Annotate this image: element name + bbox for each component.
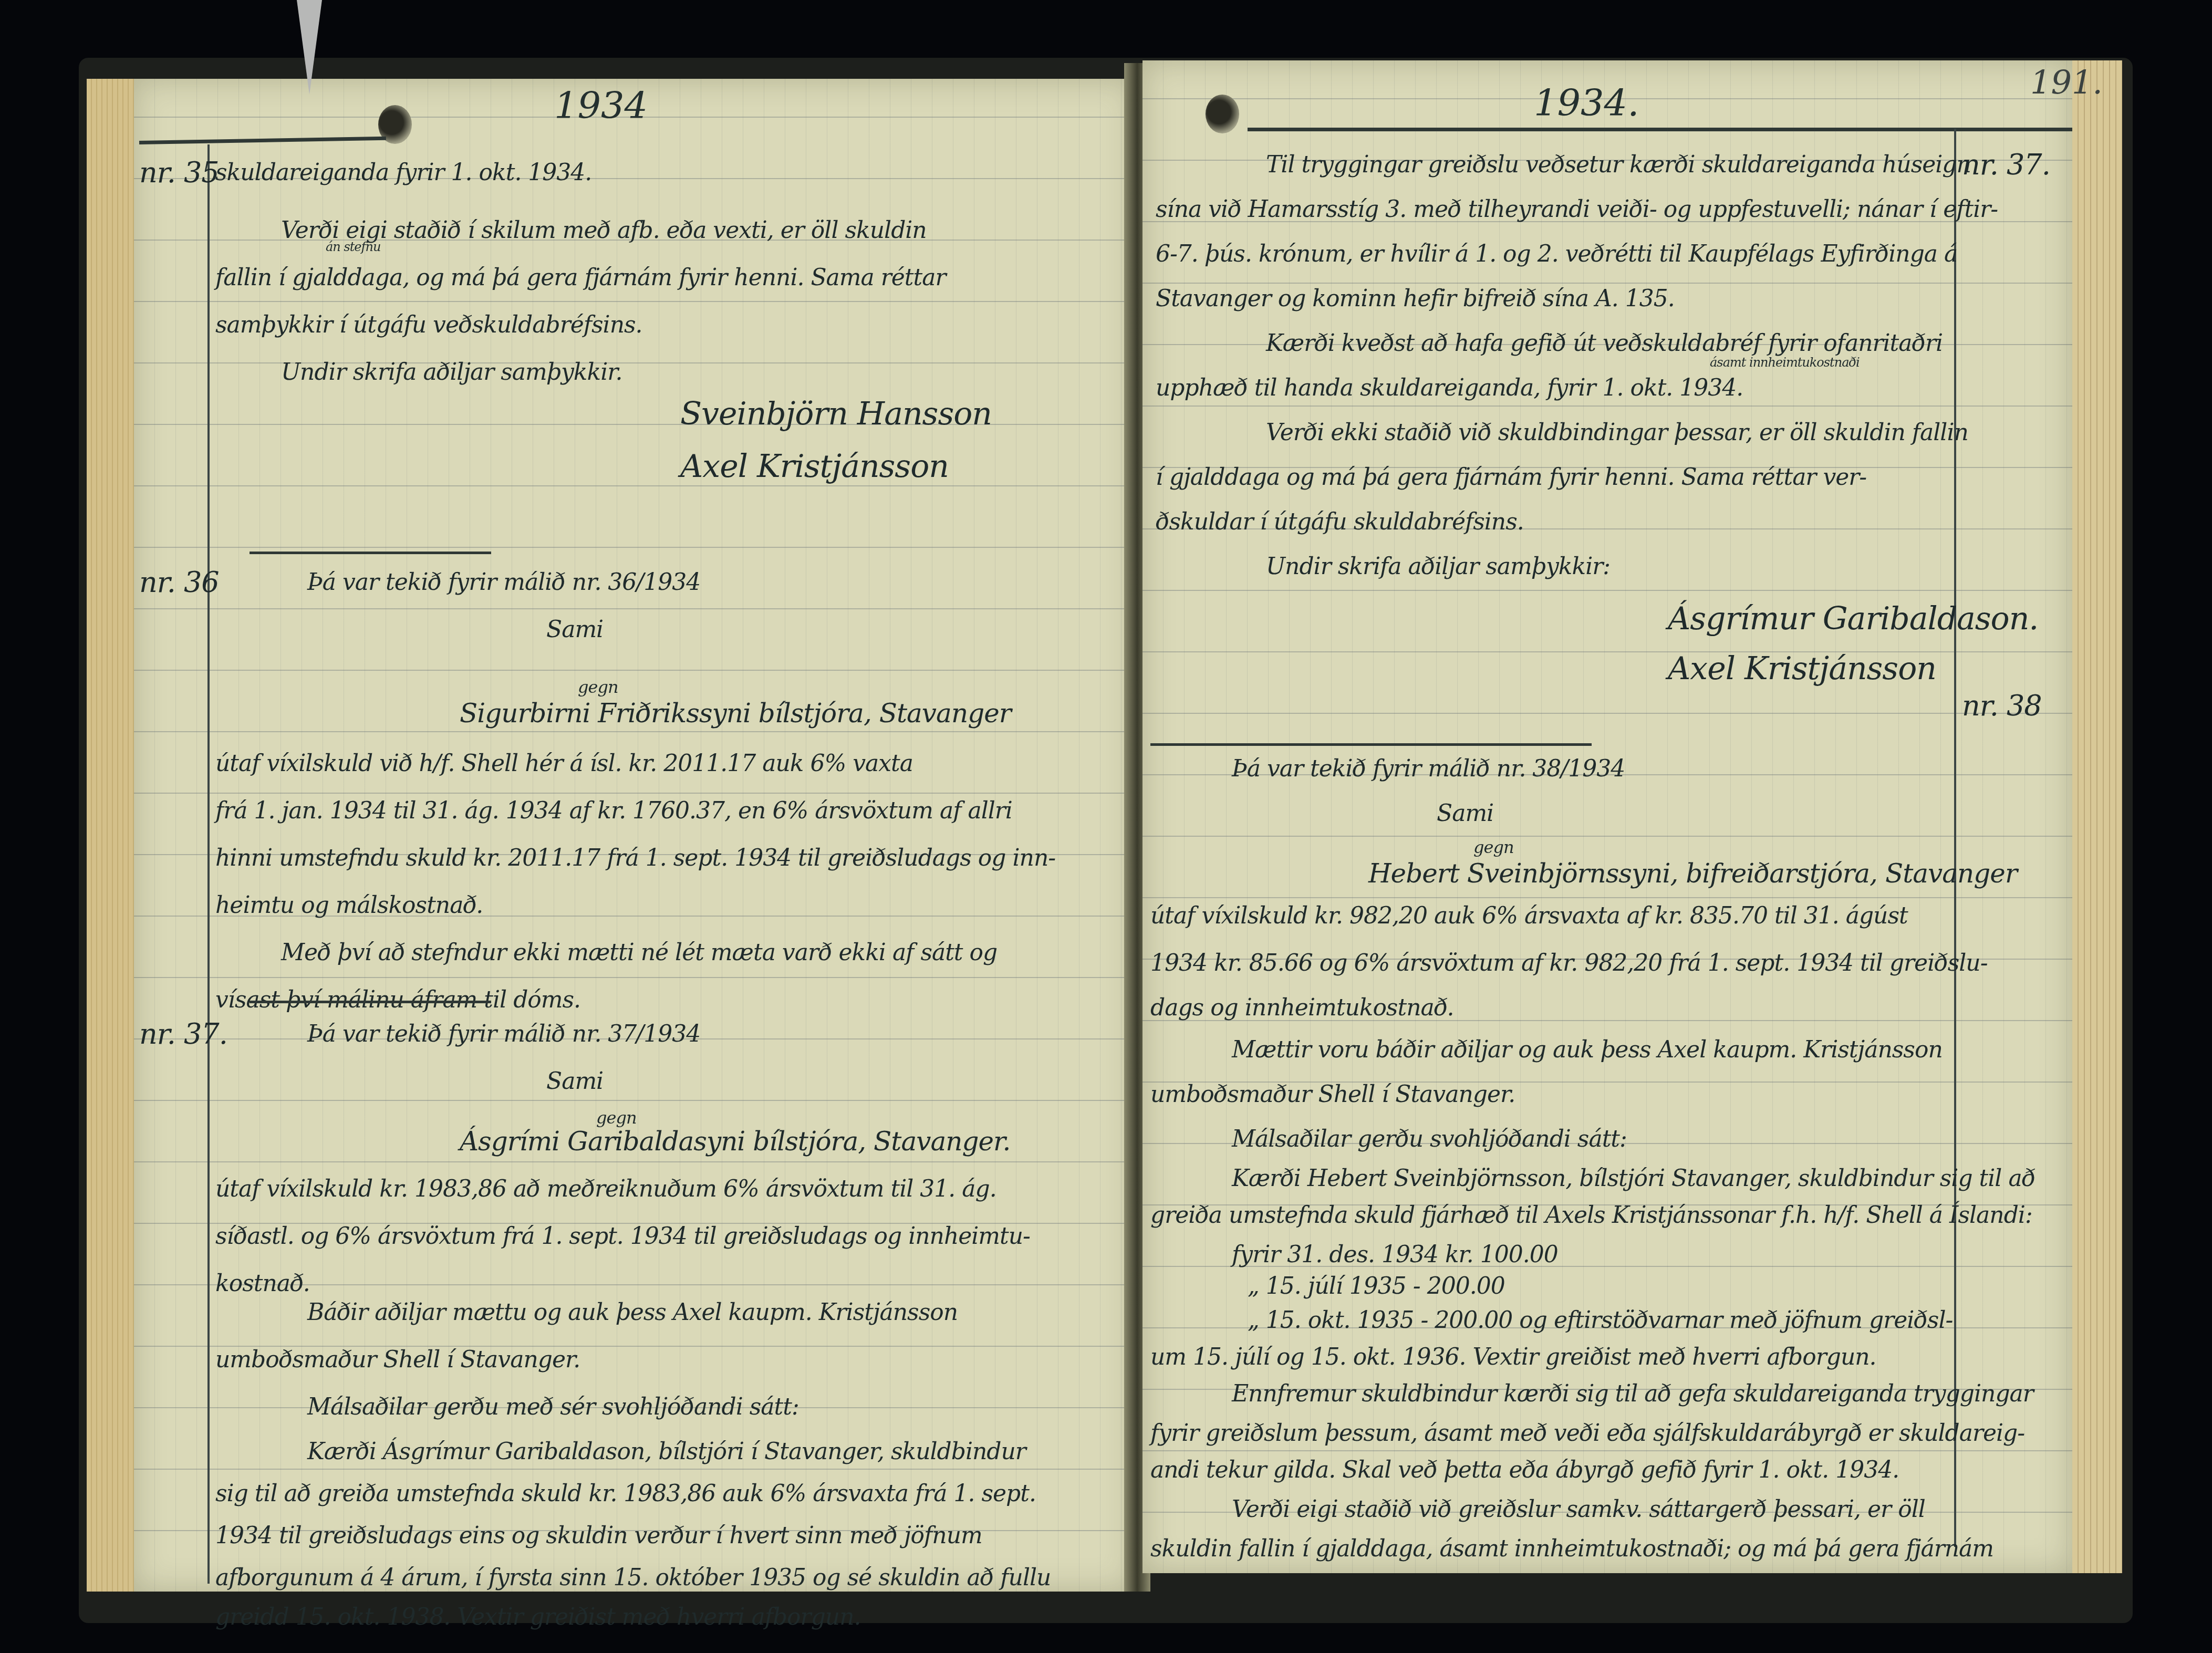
page-edges-right <box>2072 60 2122 1573</box>
signature: Axel Kristjánsson <box>680 436 949 497</box>
right-page: 191. 1934. nr. 37. Til tryggingar greiðs… <box>1143 60 2072 1573</box>
entry-38-line: skuldin fallin í gjalddaga, ásamt innhei… <box>1150 1518 1993 1579</box>
punch-hole-right <box>1206 95 1239 133</box>
entry-38-header: Þá var tekið fyrir málið nr. 38/1934 <box>1232 738 1625 799</box>
page-edges-left <box>87 79 134 1592</box>
entry-37-header: Þá var tekið fyrir málið nr. 37/1934 <box>307 1003 700 1065</box>
right-entry-37-line: Undir skrifa aðiljar samþykkir: <box>1266 536 1610 597</box>
entry-number-38: nr. 38 <box>1962 675 2042 736</box>
left-page: 1934 nr. 35 skuldareiganda fyrir 1. okt.… <box>134 79 1135 1592</box>
left-year-header: 1934 <box>554 84 648 127</box>
margin-rule-right <box>1954 129 1956 1547</box>
entry-number-36: nr. 36 <box>139 552 219 613</box>
entry-number-35: nr. 35 <box>139 142 219 203</box>
entry-36-title: Sami <box>546 599 603 660</box>
entry-37-line: síðastl. og 6% ársvöxtum frá 1. sept. 19… <box>215 1205 1030 1267</box>
entry-36-header: Þá var tekið fyrir málið nr. 36/1934 <box>307 552 700 613</box>
signature: Axel Kristjánsson <box>1668 638 1936 700</box>
entry-number-37: nr. 37. <box>139 1003 227 1065</box>
entry-35-line: Undir skrifa aðiljar samþykkir. <box>281 341 622 403</box>
interlinear-note: ásamt innheimtukostnaði <box>1710 355 1860 370</box>
letter-opener-bookmark <box>297 0 322 95</box>
entry-37-title: Sami <box>546 1051 603 1112</box>
entry-37-line: kostnað. <box>215 1253 310 1314</box>
right-year-header: 1934. <box>1534 81 1639 124</box>
header-rule-right <box>1248 128 2072 131</box>
entry-37-line: greidd 15. okt. 1938. Vextir greiðist me… <box>215 1586 860 1648</box>
entry-35-line: skuldareiganda fyrir 1. okt. 1934. <box>215 142 591 203</box>
margin-rule-left <box>207 144 210 1584</box>
page-number: 191. <box>2030 63 2103 101</box>
